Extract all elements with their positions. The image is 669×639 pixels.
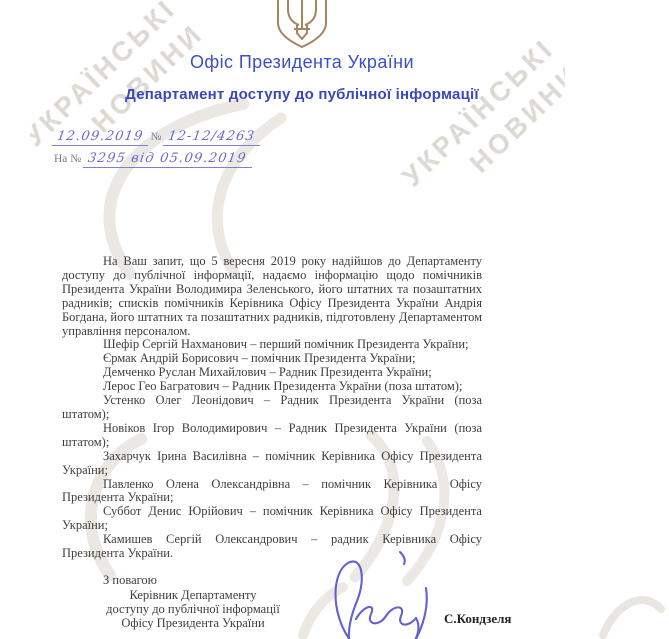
list-item: Суббот Денис Юрійович – помічник Керівни… xyxy=(62,505,482,533)
signer-title-line: доступу до публічної інформації xyxy=(83,602,303,616)
list-item: Шефір Сергій Нахманович – перший помічни… xyxy=(62,338,482,352)
handwritten-signature-icon xyxy=(322,548,440,639)
outgoing-date-handwritten: 12.09.2019 xyxy=(56,129,145,144)
signer-title-line: Керівник Департаменту xyxy=(83,588,303,602)
list-item: Новіков Ігор Володимирович – Радник През… xyxy=(62,422,482,450)
org-title: Офіс Президента України xyxy=(0,52,604,73)
list-item: Захарчук Ірина Василівна – помічник Кері… xyxy=(62,450,482,478)
signer-name: С.Кондзеля xyxy=(444,611,511,627)
signer-title-line: Офісу Президента України xyxy=(83,616,303,630)
incoming-ref-handwritten: 3295 від 05.09.2019 xyxy=(87,151,248,166)
number-sign-label: № xyxy=(148,131,163,143)
letterhead: Офіс Президента України Департамент дост… xyxy=(0,52,604,103)
reply-to-label: На № xyxy=(52,153,83,165)
outgoing-ref-row: 12.09.2019№12-12/4263 xyxy=(52,129,260,151)
list-item: Єрмак Андрій Борисович – помічник Презид… xyxy=(62,352,482,366)
reference-block: 12.09.2019№12-12/4263 На №3295 від 05.09… xyxy=(52,129,260,173)
signer-title: Керівник Департаменту доступу до публічн… xyxy=(83,588,303,630)
list-item: Устенко Олег Леонідович – Радник Президе… xyxy=(62,394,482,422)
tryzub-emblem-icon xyxy=(270,0,334,50)
ghost-logo-watermark-corner xyxy=(595,585,669,639)
list-item: Лерос Гео Багратович – Радник Президента… xyxy=(62,380,482,394)
list-item: Павленко Олена Олександрівна – помічник … xyxy=(62,478,482,506)
intro-paragraph: На Ваш запит, що 5 вересня 2019 року над… xyxy=(62,255,482,338)
dept-title: Департамент доступу до публічної інформа… xyxy=(0,86,604,103)
incoming-ref-row: На №3295 від 05.09.2019 xyxy=(52,151,260,173)
outgoing-number-handwritten: 12-12/4263 xyxy=(167,129,256,144)
scanned-letter-page: УКРАЇНСЬКІ НОВИНИ УКРАЇНСЬКІ НОВИНИ Офіс… xyxy=(0,0,669,639)
list-item: Демченко Руслан Михайлович – Радник През… xyxy=(62,366,482,380)
letter-body: На Ваш запит, що 5 вересня 2019 року над… xyxy=(62,255,482,588)
